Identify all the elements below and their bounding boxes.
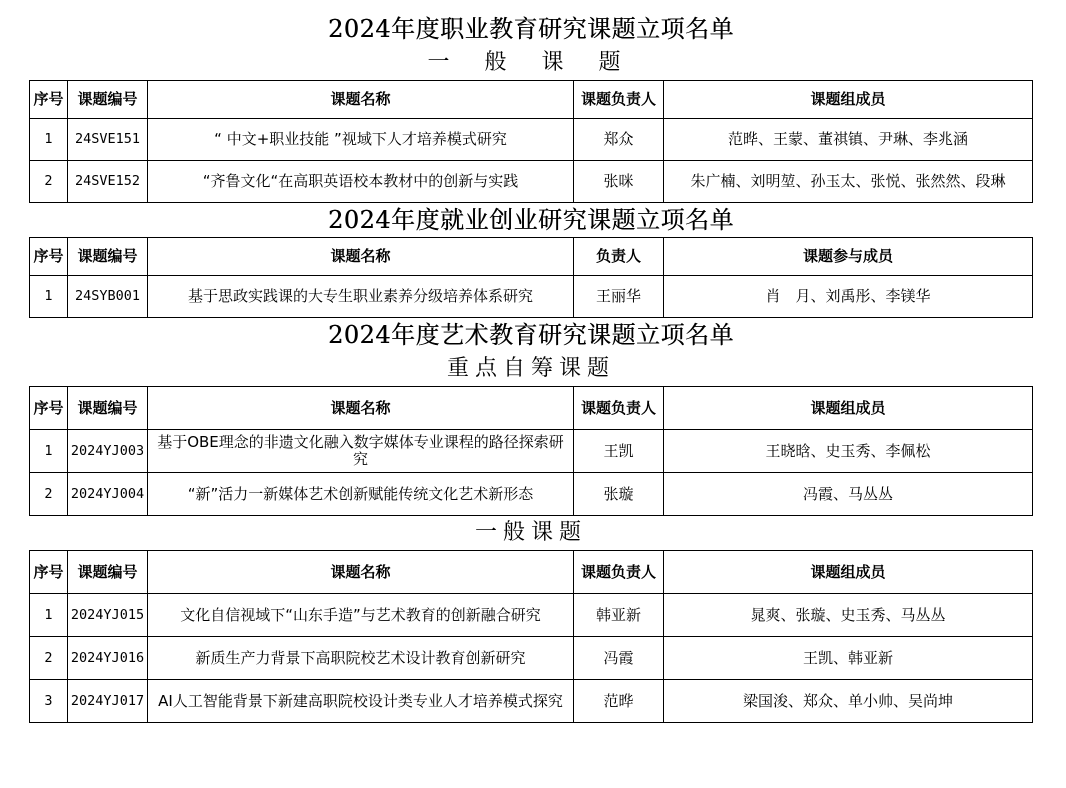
header-seq: 序号 — [30, 238, 68, 276]
cell-members: 梁国浚、郑众、单小帅、吴尚坤 — [664, 680, 1033, 723]
table-header-row: 序号 课题编号 课题名称 课题负责人 课题组成员 — [30, 387, 1033, 430]
cell-members: 范晔、王蒙、董祺镇、尹琳、李兆涵 — [664, 119, 1033, 161]
header-code: 课题编号 — [68, 238, 148, 276]
table-row: 1 24SYB001 基于思政实践课的大专生职业素养分级培养体系研究 王丽华 肖… — [30, 276, 1033, 318]
art-key-table: 序号 课题编号 课题名称 课题负责人 课题组成员 1 2024YJ003 基于O… — [29, 386, 1033, 516]
header-members: 课题参与成员 — [664, 238, 1033, 276]
cell-members: 朱广楠、刘明堃、孙玉太、张悦、张然然、段琳 — [664, 161, 1033, 203]
header-members: 课题组成员 — [664, 81, 1033, 119]
table-row: 2 2024YJ004 “新”活力一新媒体艺术创新赋能传统文化艺术新形态 张璇 … — [30, 473, 1033, 516]
section-title-employment: 2024年度就业创业研究课题立项名单 — [29, 203, 1033, 237]
header-code: 课题编号 — [68, 387, 148, 430]
header-lead: 课题负责人 — [574, 387, 664, 430]
cell-lead: 冯霞 — [574, 637, 664, 680]
cell-code: 24SVE152 — [68, 161, 148, 203]
cell-lead: 张璇 — [574, 473, 664, 516]
cell-code: 24SVE151 — [68, 119, 148, 161]
cell-lead: 王丽华 — [574, 276, 664, 318]
cell-lead: 张咪 — [574, 161, 664, 203]
cell-seq: 2 — [30, 161, 68, 203]
employment-table: 序号 课题编号 课题名称 负责人 课题参与成员 1 24SYB001 基于思政实… — [29, 237, 1033, 318]
cell-code: 2024YJ004 — [68, 473, 148, 516]
table-row: 1 2024YJ003 基于OBE理念的非遗文化融入数字媒体专业课程的路径探索研… — [30, 430, 1033, 473]
group-subtitle-key-self-funded: 重点自筹课题 — [29, 352, 1033, 386]
header-lead: 课题负责人 — [574, 81, 664, 119]
cell-members: 肖 月、刘禹彤、李镁华 — [664, 276, 1033, 318]
cell-seq: 2 — [30, 473, 68, 516]
cell-lead: 韩亚新 — [574, 594, 664, 637]
table-row: 2 24SVE152 “齐鲁文化“在高职英语校本教材中的创新与实践 张咪 朱广楠… — [30, 161, 1033, 203]
header-code: 课题编号 — [68, 81, 148, 119]
cell-name: 文化自信视域下“山东手造”与艺术教育的创新融合研究 — [148, 594, 574, 637]
cell-name: “新”活力一新媒体艺术创新赋能传统文化艺术新形态 — [148, 473, 574, 516]
table-row: 3 2024YJ017 AI人工智能背景下新建高职院校设计类专业人才培养模式探究… — [30, 680, 1033, 723]
table-row: 1 2024YJ015 文化自信视域下“山东手造”与艺术教育的创新融合研究 韩亚… — [30, 594, 1033, 637]
cell-name: “ 中文+职业技能 ”视域下人才培养模式研究 — [148, 119, 574, 161]
document-page: 2024年度职业教育研究课题立项名单 一 般 课 题 序号 课题编号 课题名称 … — [29, 12, 1033, 723]
header-members: 课题组成员 — [664, 551, 1033, 594]
cell-code: 2024YJ017 — [68, 680, 148, 723]
header-lead: 负责人 — [574, 238, 664, 276]
cell-name: AI人工智能背景下新建高职院校设计类专业人才培养模式探究 — [148, 680, 574, 723]
cell-members: 王凯、韩亚新 — [664, 637, 1033, 680]
cell-lead: 范晔 — [574, 680, 664, 723]
header-name: 课题名称 — [148, 387, 574, 430]
header-name: 课题名称 — [148, 81, 574, 119]
header-name: 课题名称 — [148, 551, 574, 594]
cell-name: 基于OBE理念的非遗文化融入数字媒体专业课程的路径探索研究 — [148, 430, 574, 473]
table-header-row: 序号 课题编号 课题名称 课题负责人 课题组成员 — [30, 551, 1033, 594]
table-row: 1 24SVE151 “ 中文+职业技能 ”视域下人才培养模式研究 郑众 范晔、… — [30, 119, 1033, 161]
cell-lead: 郑众 — [574, 119, 664, 161]
group-subtitle-general-art: 一般课题 — [29, 516, 1033, 550]
header-seq: 序号 — [30, 551, 68, 594]
header-seq: 序号 — [30, 81, 68, 119]
vocational-general-table: 序号 课题编号 课题名称 课题负责人 课题组成员 1 24SVE151 “ 中文… — [29, 80, 1033, 203]
cell-code: 2024YJ015 — [68, 594, 148, 637]
table-header-row: 序号 课题编号 课题名称 负责人 课题参与成员 — [30, 238, 1033, 276]
cell-members: 冯霞、马丛丛 — [664, 473, 1033, 516]
cell-name: 新质生产力背景下高职院校艺术设计教育创新研究 — [148, 637, 574, 680]
cell-name: “齐鲁文化“在高职英语校本教材中的创新与实践 — [148, 161, 574, 203]
cell-code: 2024YJ016 — [68, 637, 148, 680]
cell-seq: 1 — [30, 430, 68, 473]
cell-name: 基于思政实践课的大专生职业素养分级培养体系研究 — [148, 276, 574, 318]
table-header-row: 序号 课题编号 课题名称 课题负责人 课题组成员 — [30, 81, 1033, 119]
header-code: 课题编号 — [68, 551, 148, 594]
cell-seq: 1 — [30, 594, 68, 637]
art-general-table: 序号 课题编号 课题名称 课题负责人 课题组成员 1 2024YJ015 文化自… — [29, 550, 1033, 723]
section-title-art: 2024年度艺术教育研究课题立项名单 — [29, 318, 1033, 352]
cell-seq: 1 — [30, 276, 68, 318]
cell-members: 晁爽、张璇、史玉秀、马丛丛 — [664, 594, 1033, 637]
header-name: 课题名称 — [148, 238, 574, 276]
cell-code: 2024YJ003 — [68, 430, 148, 473]
cell-lead: 王凯 — [574, 430, 664, 473]
cell-code: 24SYB001 — [68, 276, 148, 318]
cell-seq: 2 — [30, 637, 68, 680]
cell-seq: 3 — [30, 680, 68, 723]
cell-seq: 1 — [30, 119, 68, 161]
header-seq: 序号 — [30, 387, 68, 430]
header-members: 课题组成员 — [664, 387, 1033, 430]
header-lead: 课题负责人 — [574, 551, 664, 594]
group-subtitle-general: 一 般 课 题 — [29, 46, 1033, 80]
section-title-vocational: 2024年度职业教育研究课题立项名单 — [29, 12, 1033, 46]
table-row: 2 2024YJ016 新质生产力背景下高职院校艺术设计教育创新研究 冯霞 王凯… — [30, 637, 1033, 680]
cell-members: 王晓晗、史玉秀、李佩松 — [664, 430, 1033, 473]
